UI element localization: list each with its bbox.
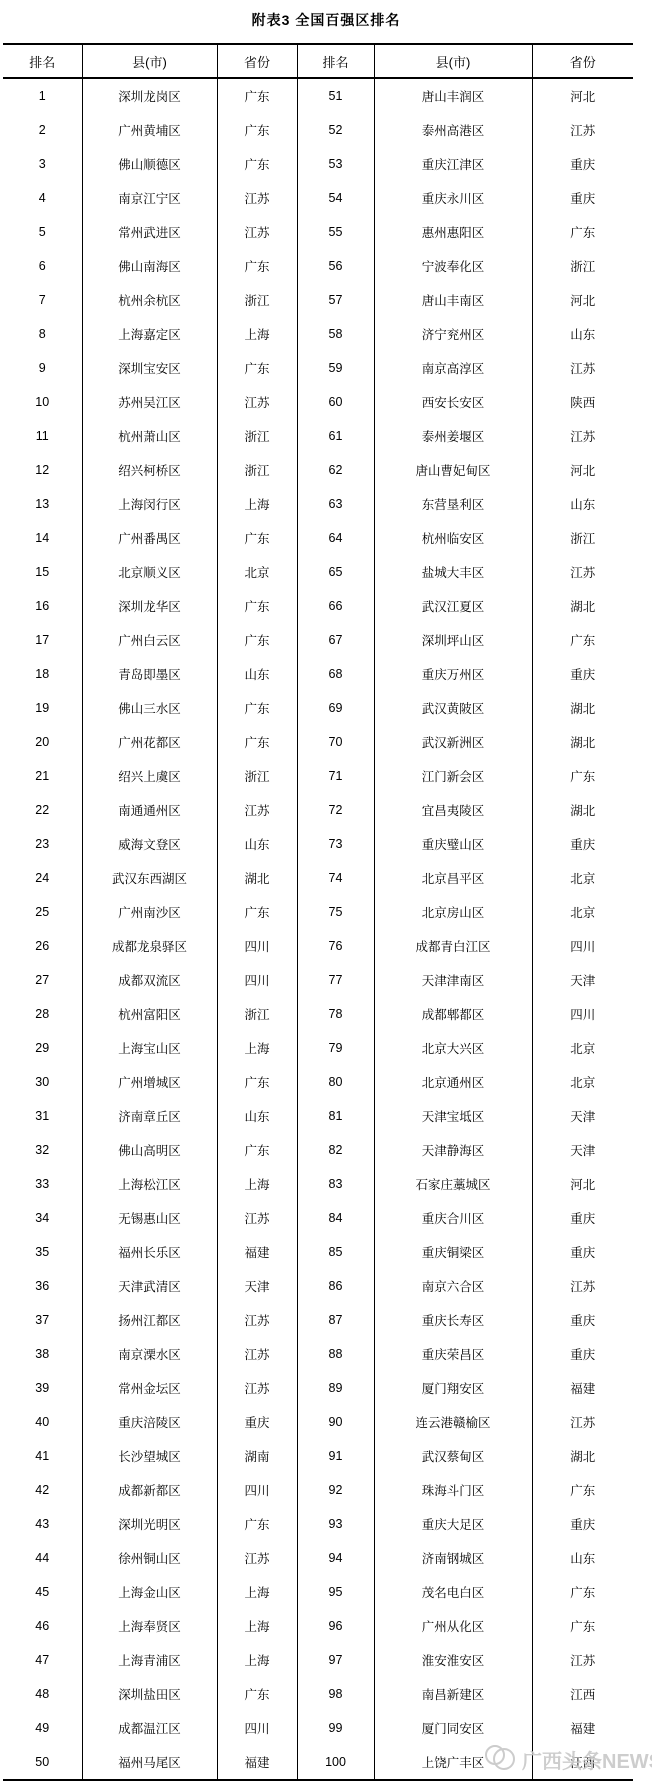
rank-cell: 80 — [297, 1065, 374, 1099]
district-cell: 盐城大丰区 — [374, 555, 532, 589]
district-cell: 上海松江区 — [82, 1167, 217, 1201]
rank-cell: 61 — [297, 419, 374, 453]
district-cell: 上海闵行区 — [82, 487, 217, 521]
province-cell: 上海 — [217, 1167, 297, 1201]
rank-cell: 43 — [3, 1507, 82, 1541]
province-cell: 陕西 — [532, 385, 633, 419]
rank-cell: 98 — [297, 1677, 374, 1711]
rank-cell: 69 — [297, 691, 374, 725]
district-cell: 长沙望城区 — [82, 1439, 217, 1473]
rank-cell: 22 — [3, 793, 82, 827]
province-cell: 湖北 — [532, 589, 633, 623]
rank-cell: 10 — [3, 385, 82, 419]
rank-cell: 45 — [3, 1575, 82, 1609]
district-cell: 惠州惠阳区 — [374, 215, 532, 249]
table-row: 28杭州富阳区浙江78成都郫都区四川 — [3, 997, 633, 1031]
header-province-right: 省份 — [532, 44, 633, 78]
district-cell: 上海宝山区 — [82, 1031, 217, 1065]
rank-cell: 72 — [297, 793, 374, 827]
district-cell: 连云港赣榆区 — [374, 1405, 532, 1439]
province-cell: 重庆 — [532, 657, 633, 691]
rank-cell: 70 — [297, 725, 374, 759]
table-row: 18青岛即墨区山东68重庆万州区重庆 — [3, 657, 633, 691]
province-cell: 天津 — [532, 963, 633, 997]
district-cell: 成都青白江区 — [374, 929, 532, 963]
table-row: 40重庆涪陵区重庆90连云港赣榆区江苏 — [3, 1405, 633, 1439]
district-cell: 南昌新建区 — [374, 1677, 532, 1711]
district-cell: 青岛即墨区 — [82, 657, 217, 691]
district-cell: 济南章丘区 — [82, 1099, 217, 1133]
rank-cell: 34 — [3, 1201, 82, 1235]
district-cell: 重庆长寿区 — [374, 1303, 532, 1337]
district-cell: 唐山丰南区 — [374, 283, 532, 317]
rank-cell: 57 — [297, 283, 374, 317]
rank-cell: 53 — [297, 147, 374, 181]
rank-cell: 74 — [297, 861, 374, 895]
table-row: 41长沙望城区湖南91武汉蔡甸区湖北 — [3, 1439, 633, 1473]
table-row: 38南京溧水区江苏88重庆荣昌区重庆 — [3, 1337, 633, 1371]
header-district-right: 县(市) — [374, 44, 532, 78]
province-cell: 广东 — [217, 78, 297, 113]
province-cell: 四川 — [217, 929, 297, 963]
table-row: 27成都双流区四川77天津津南区天津 — [3, 963, 633, 997]
rank-cell: 59 — [297, 351, 374, 385]
province-cell: 广东 — [217, 1133, 297, 1167]
rank-cell: 54 — [297, 181, 374, 215]
table-row: 43深圳光明区广东93重庆大足区重庆 — [3, 1507, 633, 1541]
province-cell: 湖北 — [532, 793, 633, 827]
table-row: 8上海嘉定区上海58济宁兖州区山东 — [3, 317, 633, 351]
province-cell: 江苏 — [217, 1303, 297, 1337]
rank-cell: 41 — [3, 1439, 82, 1473]
province-cell: 重庆 — [532, 1235, 633, 1269]
province-cell: 天津 — [217, 1269, 297, 1303]
district-cell: 上海奉贤区 — [82, 1609, 217, 1643]
district-cell: 广州南沙区 — [82, 895, 217, 929]
province-cell: 广东 — [532, 1473, 633, 1507]
province-cell: 广东 — [217, 691, 297, 725]
district-cell: 深圳盐田区 — [82, 1677, 217, 1711]
rank-cell: 36 — [3, 1269, 82, 1303]
province-cell: 山东 — [217, 1099, 297, 1133]
province-cell: 福建 — [532, 1371, 633, 1405]
district-cell: 威海文登区 — [82, 827, 217, 861]
province-cell: 浙江 — [217, 997, 297, 1031]
province-cell: 浙江 — [217, 453, 297, 487]
province-cell: 北京 — [217, 555, 297, 589]
province-cell: 山东 — [217, 827, 297, 861]
province-cell: 河北 — [532, 453, 633, 487]
rank-cell: 97 — [297, 1643, 374, 1677]
table-row: 10苏州吴江区江苏60西安长安区陕西 — [3, 385, 633, 419]
province-cell: 北京 — [532, 895, 633, 929]
province-cell: 重庆 — [532, 827, 633, 861]
province-cell: 上海 — [217, 317, 297, 351]
district-cell: 重庆璧山区 — [374, 827, 532, 861]
rank-cell: 30 — [3, 1065, 82, 1099]
province-cell: 江苏 — [532, 419, 633, 453]
province-cell: 江苏 — [532, 351, 633, 385]
table-row: 16深圳龙华区广东66武汉江夏区湖北 — [3, 589, 633, 623]
rank-cell: 100 — [297, 1745, 374, 1780]
district-cell: 厦门翔安区 — [374, 1371, 532, 1405]
district-cell: 深圳光明区 — [82, 1507, 217, 1541]
table-row: 50福州马尾区福建100上饶广丰区江西 — [3, 1745, 633, 1780]
district-cell: 天津静海区 — [374, 1133, 532, 1167]
rank-cell: 9 — [3, 351, 82, 385]
district-cell: 泰州高港区 — [374, 113, 532, 147]
district-cell: 上海青浦区 — [82, 1643, 217, 1677]
table-row: 20广州花都区广东70武汉新洲区湖北 — [3, 725, 633, 759]
province-cell: 重庆 — [532, 147, 633, 181]
district-cell: 茂名电白区 — [374, 1575, 532, 1609]
rank-cell: 63 — [297, 487, 374, 521]
district-cell: 宁波奉化区 — [374, 249, 532, 283]
rank-cell: 16 — [3, 589, 82, 623]
district-cell: 唐山丰润区 — [374, 78, 532, 113]
province-cell: 江苏 — [217, 1201, 297, 1235]
district-cell: 广州黄埔区 — [82, 113, 217, 147]
rank-cell: 48 — [3, 1677, 82, 1711]
province-cell: 广东 — [217, 1065, 297, 1099]
district-cell: 南京高淳区 — [374, 351, 532, 385]
province-cell: 上海 — [217, 1643, 297, 1677]
province-cell: 河北 — [532, 78, 633, 113]
table-row: 46上海奉贤区上海96广州从化区广东 — [3, 1609, 633, 1643]
district-cell: 济宁兖州区 — [374, 317, 532, 351]
table-row: 30广州增城区广东80北京通州区北京 — [3, 1065, 633, 1099]
table-row: 21绍兴上虞区浙江71江门新会区广东 — [3, 759, 633, 793]
table-row: 32佛山高明区广东82天津静海区天津 — [3, 1133, 633, 1167]
table-row: 3佛山顺德区广东53重庆江津区重庆 — [3, 147, 633, 181]
province-cell: 浙江 — [532, 249, 633, 283]
rank-cell: 26 — [3, 929, 82, 963]
rank-cell: 95 — [297, 1575, 374, 1609]
province-cell: 浙江 — [217, 419, 297, 453]
province-cell: 重庆 — [532, 1507, 633, 1541]
province-cell: 天津 — [532, 1133, 633, 1167]
district-cell: 广州花都区 — [82, 725, 217, 759]
district-cell: 杭州富阳区 — [82, 997, 217, 1031]
province-cell: 福建 — [532, 1711, 633, 1745]
province-cell: 广东 — [532, 215, 633, 249]
province-cell: 四川 — [217, 1711, 297, 1745]
rank-cell: 27 — [3, 963, 82, 997]
table-row: 26成都龙泉驿区四川76成都青白江区四川 — [3, 929, 633, 963]
rank-cell: 68 — [297, 657, 374, 691]
rank-cell: 51 — [297, 78, 374, 113]
province-cell: 山东 — [217, 657, 297, 691]
table-row: 35福州长乐区福建85重庆铜梁区重庆 — [3, 1235, 633, 1269]
table-row: 49成都温江区四川99厦门同安区福建 — [3, 1711, 633, 1745]
province-cell: 上海 — [217, 1575, 297, 1609]
table-row: 2广州黄埔区广东52泰州高港区江苏 — [3, 113, 633, 147]
district-cell: 福州长乐区 — [82, 1235, 217, 1269]
rank-cell: 60 — [297, 385, 374, 419]
province-cell: 江苏 — [217, 1541, 297, 1575]
province-cell: 广东 — [217, 113, 297, 147]
rank-cell: 89 — [297, 1371, 374, 1405]
province-cell: 广东 — [217, 589, 297, 623]
rank-cell: 90 — [297, 1405, 374, 1439]
table-row: 31济南章丘区山东81天津宝坻区天津 — [3, 1099, 633, 1133]
district-cell: 佛山顺德区 — [82, 147, 217, 181]
rank-cell: 39 — [3, 1371, 82, 1405]
province-cell: 广东 — [217, 521, 297, 555]
province-cell: 山东 — [532, 1541, 633, 1575]
page: 附表3 全国百强区排名 排名 县(市) 省份 排名 县(市) 省份 1深圳龙岗区… — [0, 0, 652, 1787]
rank-cell: 25 — [3, 895, 82, 929]
rank-cell: 20 — [3, 725, 82, 759]
rank-cell: 94 — [297, 1541, 374, 1575]
district-cell: 重庆永川区 — [374, 181, 532, 215]
table-row: 42成都新都区四川92珠海斗门区广东 — [3, 1473, 633, 1507]
district-cell: 武汉江夏区 — [374, 589, 532, 623]
province-cell: 北京 — [532, 1065, 633, 1099]
rank-cell: 17 — [3, 623, 82, 657]
district-cell: 苏州吴江区 — [82, 385, 217, 419]
table-row: 11杭州萧山区浙江61泰州姜堰区江苏 — [3, 419, 633, 453]
rank-cell: 91 — [297, 1439, 374, 1473]
province-cell: 江苏 — [532, 1269, 633, 1303]
rank-cell: 18 — [3, 657, 82, 691]
district-cell: 绍兴柯桥区 — [82, 453, 217, 487]
province-cell: 湖南 — [217, 1439, 297, 1473]
province-cell: 四川 — [532, 997, 633, 1031]
table-row: 13上海闵行区上海63东营垦利区山东 — [3, 487, 633, 521]
rank-cell: 96 — [297, 1609, 374, 1643]
province-cell: 江苏 — [217, 1371, 297, 1405]
table-header: 排名 县(市) 省份 排名 县(市) 省份 — [3, 44, 633, 78]
district-cell: 广州从化区 — [374, 1609, 532, 1643]
district-cell: 重庆涪陵区 — [82, 1405, 217, 1439]
rank-cell: 35 — [3, 1235, 82, 1269]
table-row: 37扬州江都区江苏87重庆长寿区重庆 — [3, 1303, 633, 1337]
table-row: 29上海宝山区上海79北京大兴区北京 — [3, 1031, 633, 1065]
rank-cell: 38 — [3, 1337, 82, 1371]
header-row: 排名 县(市) 省份 排名 县(市) 省份 — [3, 44, 633, 78]
province-cell: 广东 — [217, 351, 297, 385]
province-cell: 北京 — [532, 861, 633, 895]
header-province-left: 省份 — [217, 44, 297, 78]
rank-cell: 76 — [297, 929, 374, 963]
header-district-left: 县(市) — [82, 44, 217, 78]
district-cell: 南京溧水区 — [82, 1337, 217, 1371]
rank-cell: 83 — [297, 1167, 374, 1201]
rank-cell: 87 — [297, 1303, 374, 1337]
table-row: 47上海青浦区上海97淮安淮安区江苏 — [3, 1643, 633, 1677]
rank-cell: 33 — [3, 1167, 82, 1201]
province-cell: 重庆 — [532, 181, 633, 215]
district-cell: 上海嘉定区 — [82, 317, 217, 351]
rank-cell: 75 — [297, 895, 374, 929]
table-row: 1深圳龙岗区广东51唐山丰润区河北 — [3, 78, 633, 113]
district-cell: 成都温江区 — [82, 1711, 217, 1745]
district-cell: 绍兴上虞区 — [82, 759, 217, 793]
province-cell: 天津 — [532, 1099, 633, 1133]
district-cell: 江门新会区 — [374, 759, 532, 793]
province-cell: 广东 — [217, 623, 297, 657]
rank-cell: 4 — [3, 181, 82, 215]
rank-cell: 31 — [3, 1099, 82, 1133]
district-cell: 重庆铜梁区 — [374, 1235, 532, 1269]
rank-cell: 58 — [297, 317, 374, 351]
rank-cell: 85 — [297, 1235, 374, 1269]
header-rank-left: 排名 — [3, 44, 82, 78]
rank-cell: 64 — [297, 521, 374, 555]
rank-cell: 13 — [3, 487, 82, 521]
table-row: 14广州番禺区广东64杭州临安区浙江 — [3, 521, 633, 555]
province-cell: 河北 — [532, 283, 633, 317]
rank-cell: 86 — [297, 1269, 374, 1303]
district-cell: 重庆万州区 — [374, 657, 532, 691]
province-cell: 广东 — [532, 1609, 633, 1643]
district-cell: 深圳宝安区 — [82, 351, 217, 385]
table-row: 5常州武进区江苏55惠州惠阳区广东 — [3, 215, 633, 249]
province-cell: 广东 — [217, 895, 297, 929]
table-row: 15北京顺义区北京65盐城大丰区江苏 — [3, 555, 633, 589]
province-cell: 江西 — [532, 1745, 633, 1780]
rank-cell: 47 — [3, 1643, 82, 1677]
rank-cell: 12 — [3, 453, 82, 487]
district-cell: 唐山曹妃甸区 — [374, 453, 532, 487]
province-cell: 江苏 — [532, 555, 633, 589]
province-cell: 湖北 — [532, 691, 633, 725]
district-cell: 宜昌夷陵区 — [374, 793, 532, 827]
district-cell: 扬州江都区 — [82, 1303, 217, 1337]
rank-cell: 67 — [297, 623, 374, 657]
province-cell: 重庆 — [532, 1337, 633, 1371]
province-cell: 浙江 — [217, 283, 297, 317]
province-cell: 浙江 — [217, 759, 297, 793]
rank-cell: 62 — [297, 453, 374, 487]
province-cell: 广东 — [532, 759, 633, 793]
district-cell: 广州白云区 — [82, 623, 217, 657]
rank-cell: 84 — [297, 1201, 374, 1235]
district-cell: 泰州姜堰区 — [374, 419, 532, 453]
table-row: 39常州金坛区江苏89厦门翔安区福建 — [3, 1371, 633, 1405]
rank-cell: 15 — [3, 555, 82, 589]
province-cell: 广东 — [217, 147, 297, 181]
province-cell: 广东 — [217, 725, 297, 759]
rank-cell: 73 — [297, 827, 374, 861]
rank-cell: 40 — [3, 1405, 82, 1439]
rank-cell: 24 — [3, 861, 82, 895]
rank-cell: 44 — [3, 1541, 82, 1575]
table-row: 44徐州铜山区江苏94济南钢城区山东 — [3, 1541, 633, 1575]
rank-cell: 71 — [297, 759, 374, 793]
district-cell: 济南钢城区 — [374, 1541, 532, 1575]
district-cell: 佛山南海区 — [82, 249, 217, 283]
district-cell: 成都郫都区 — [374, 997, 532, 1031]
province-cell: 上海 — [217, 1031, 297, 1065]
district-cell: 天津津南区 — [374, 963, 532, 997]
province-cell: 湖北 — [532, 725, 633, 759]
table-row: 9深圳宝安区广东59南京高淳区江苏 — [3, 351, 633, 385]
rank-cell: 42 — [3, 1473, 82, 1507]
table-row: 6佛山南海区广东56宁波奉化区浙江 — [3, 249, 633, 283]
district-cell: 重庆合川区 — [374, 1201, 532, 1235]
province-cell: 浙江 — [532, 521, 633, 555]
district-cell: 武汉新洲区 — [374, 725, 532, 759]
district-cell: 武汉黄陂区 — [374, 691, 532, 725]
district-cell: 常州武进区 — [82, 215, 217, 249]
district-cell: 南京江宁区 — [82, 181, 217, 215]
district-cell: 天津宝坻区 — [374, 1099, 532, 1133]
rank-cell: 56 — [297, 249, 374, 283]
rank-cell: 79 — [297, 1031, 374, 1065]
province-cell: 江苏 — [217, 215, 297, 249]
province-cell: 山东 — [532, 317, 633, 351]
table-row: 45上海金山区上海95茂名电白区广东 — [3, 1575, 633, 1609]
rank-cell: 93 — [297, 1507, 374, 1541]
province-cell: 河北 — [532, 1167, 633, 1201]
rank-cell: 55 — [297, 215, 374, 249]
province-cell: 江苏 — [532, 113, 633, 147]
district-cell: 淮安淮安区 — [374, 1643, 532, 1677]
province-cell: 广东 — [217, 1507, 297, 1541]
district-cell: 天津武清区 — [82, 1269, 217, 1303]
rank-cell: 49 — [3, 1711, 82, 1745]
district-cell: 杭州临安区 — [374, 521, 532, 555]
rank-cell: 99 — [297, 1711, 374, 1745]
district-cell: 广州番禺区 — [82, 521, 217, 555]
province-cell: 福建 — [217, 1235, 297, 1269]
rank-cell: 21 — [3, 759, 82, 793]
district-cell: 北京昌平区 — [374, 861, 532, 895]
province-cell: 广东 — [532, 1575, 633, 1609]
rank-cell: 81 — [297, 1099, 374, 1133]
district-cell: 无锡惠山区 — [82, 1201, 217, 1235]
page-title: 附表3 全国百强区排名 — [0, 10, 652, 30]
rank-cell: 5 — [3, 215, 82, 249]
table-row: 12绍兴柯桥区浙江62唐山曹妃甸区河北 — [3, 453, 633, 487]
table-row: 7杭州余杭区浙江57唐山丰南区河北 — [3, 283, 633, 317]
table-row: 19佛山三水区广东69武汉黄陂区湖北 — [3, 691, 633, 725]
rank-cell: 37 — [3, 1303, 82, 1337]
table-row: 25广州南沙区广东75北京房山区北京 — [3, 895, 633, 929]
district-cell: 成都龙泉驿区 — [82, 929, 217, 963]
rank-cell: 65 — [297, 555, 374, 589]
district-cell: 成都双流区 — [82, 963, 217, 997]
rank-cell: 23 — [3, 827, 82, 861]
rank-cell: 66 — [297, 589, 374, 623]
province-cell: 江苏 — [217, 1337, 297, 1371]
table-row: 34无锡惠山区江苏84重庆合川区重庆 — [3, 1201, 633, 1235]
province-cell: 山东 — [532, 487, 633, 521]
district-cell: 重庆大足区 — [374, 1507, 532, 1541]
district-cell: 广州增城区 — [82, 1065, 217, 1099]
table-row: 22南通通州区江苏72宜昌夷陵区湖北 — [3, 793, 633, 827]
rank-cell: 11 — [3, 419, 82, 453]
province-cell: 四川 — [217, 963, 297, 997]
district-cell: 上饶广丰区 — [374, 1745, 532, 1780]
rank-cell: 92 — [297, 1473, 374, 1507]
district-cell: 厦门同安区 — [374, 1711, 532, 1745]
rank-cell: 3 — [3, 147, 82, 181]
district-cell: 常州金坛区 — [82, 1371, 217, 1405]
province-cell: 江苏 — [532, 1643, 633, 1677]
province-cell: 江西 — [532, 1677, 633, 1711]
province-cell: 福建 — [217, 1745, 297, 1780]
rank-cell: 2 — [3, 113, 82, 147]
province-cell: 重庆 — [532, 1303, 633, 1337]
province-cell: 重庆 — [217, 1405, 297, 1439]
district-cell: 徐州铜山区 — [82, 1541, 217, 1575]
rank-cell: 32 — [3, 1133, 82, 1167]
rank-cell: 50 — [3, 1745, 82, 1780]
header-rank-right: 排名 — [297, 44, 374, 78]
